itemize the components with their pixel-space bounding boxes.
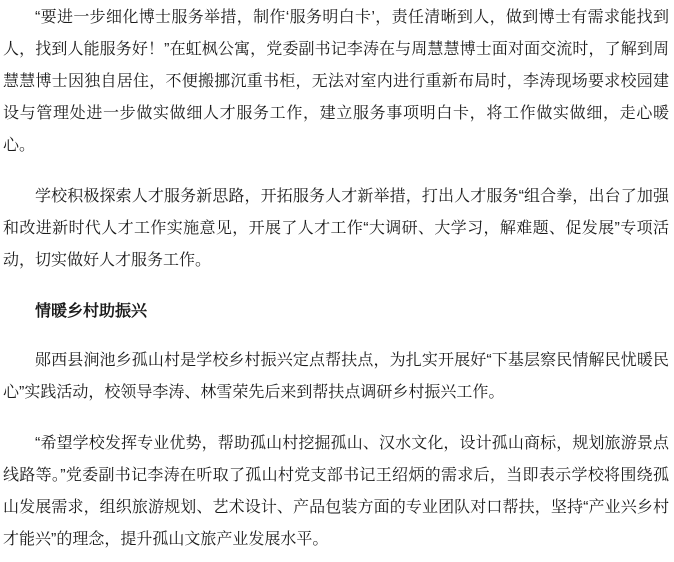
paragraph-gushan-village-support: 郧西县涧池乡孤山村是学校乡村振兴定点帮扶点，为扎实开展好“下基层察民情解民忧暖民… [3,345,669,409]
paragraph-talent-service-measures: 学校积极探索人才服务新思路，开拓服务人才新举措，打出人才服务“组合拳，出台了加强… [3,181,669,277]
section-heading-rural-revitalization: 情暖乡村助振兴 [3,296,669,328]
paragraph-gushan-development-plan: “希望学校发挥专业优势，帮助孤山村挖掘孤山、汉水文化，设计孤山商标，规划旅游景点… [3,428,669,556]
paragraph-doctor-service-card: “要进一步细化博士服务举措，制作‘服务明白卡’，责任清晰到人，做到博士有需求能找… [3,2,669,162]
article-body: “要进一步细化博士服务举措，制作‘服务明白卡’，责任清晰到人，做到博士有需求能找… [0,0,674,556]
